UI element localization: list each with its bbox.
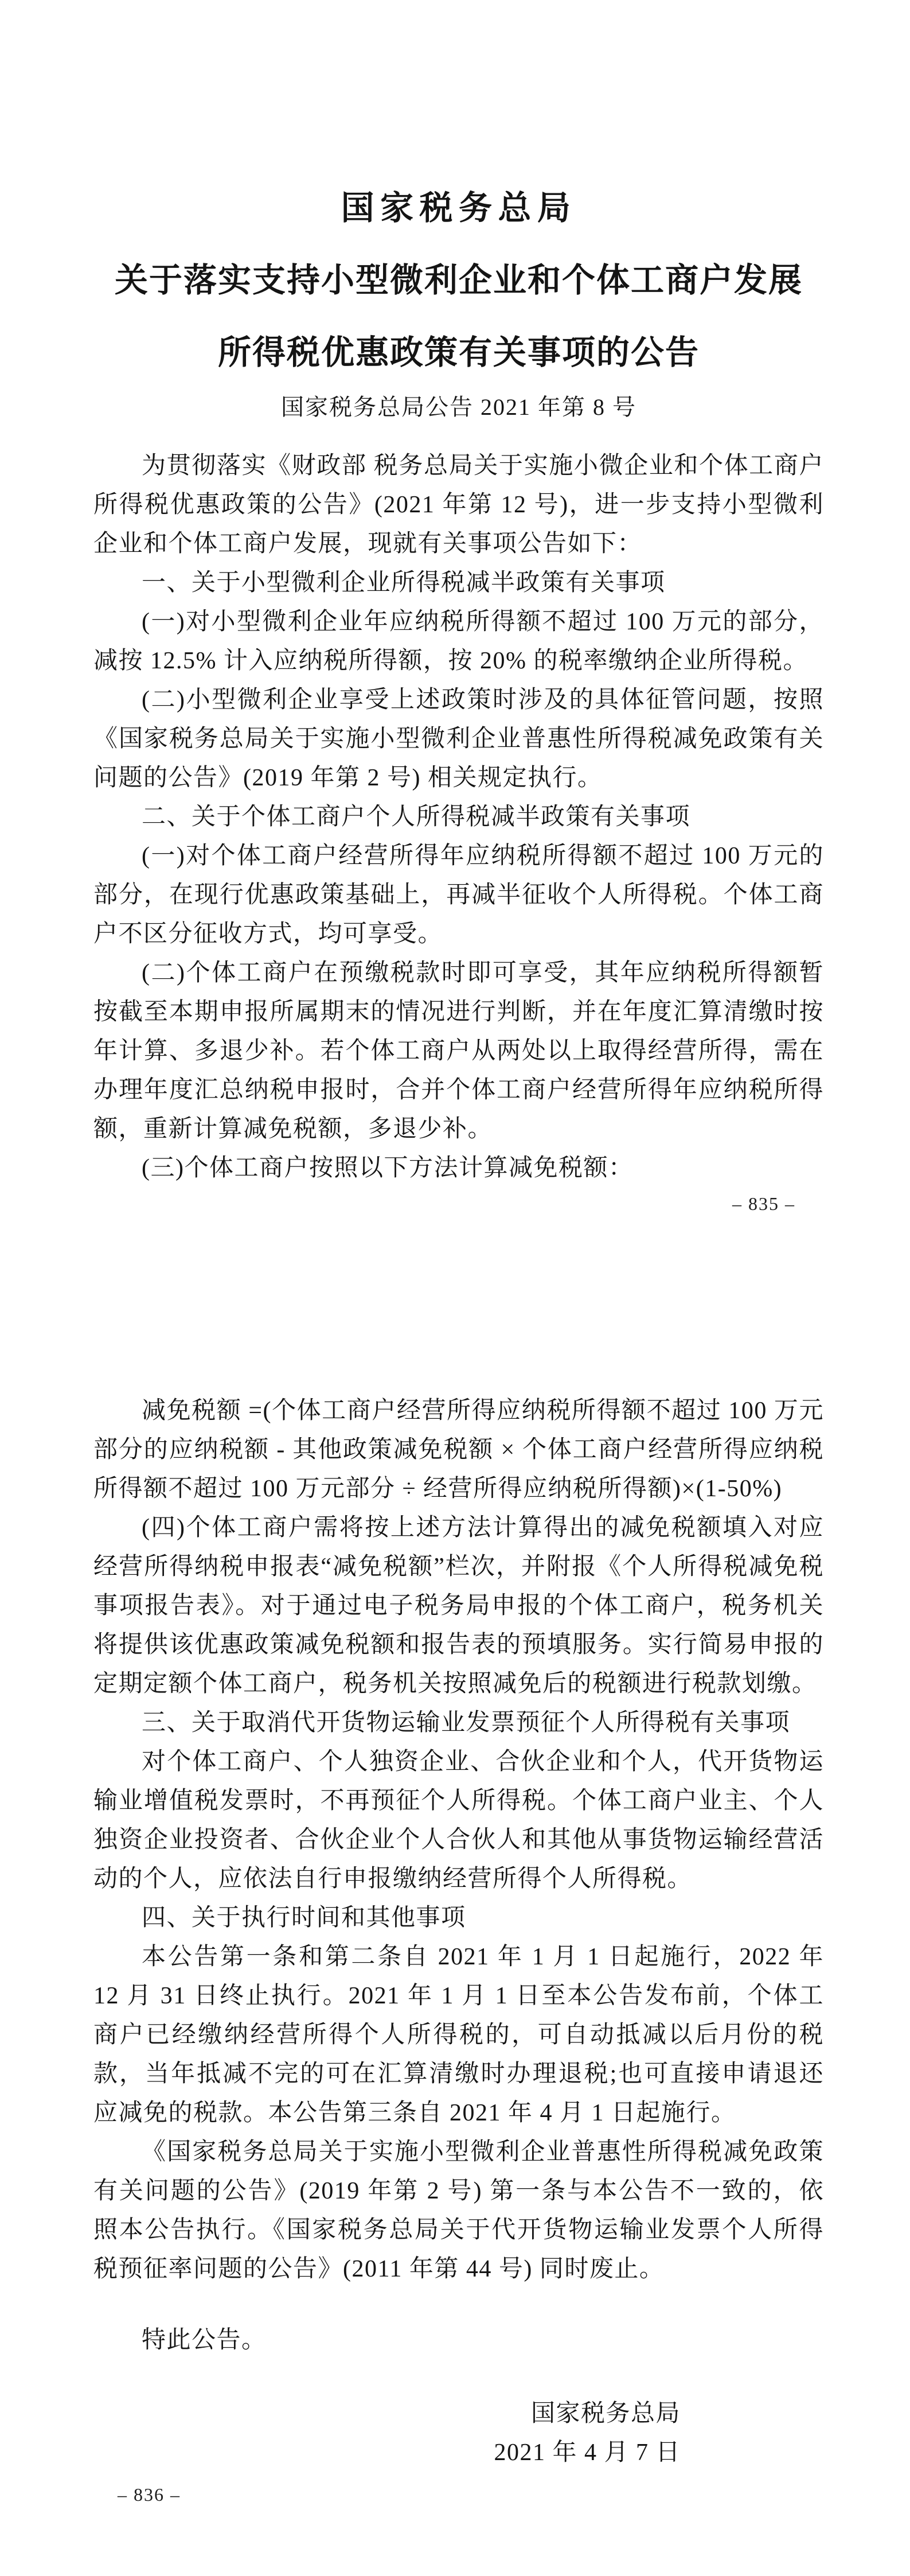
doc-title-line-1: 国家税务总局 (93, 172, 824, 244)
page-1-body: 为贯彻落实《财政部 税务总局关于实施小微企业和个体工商户所得税优惠政策的公告》(… (93, 446, 824, 1188)
page-number-835: – 835 – (732, 1193, 795, 1215)
paragraph: (四)个体工商户需将按上述方法计算得出的减免税额填入对应经营所得纳税申报表“减免… (93, 1508, 824, 1703)
paragraph: 减免税额 =(个体工商户经营所得应纳税所得额不超过 100 万元部分的应纳税额 … (93, 1391, 824, 1508)
page-2-body: 减免税额 =(个体工商户经营所得应纳税所得额不超过 100 万元部分的应纳税额 … (93, 1391, 824, 2360)
section-heading: 四、关于执行时间和其他事项 (93, 1898, 824, 1937)
paragraph: 特此公告。 (93, 2321, 824, 2360)
signature-block: 国家税务总局 2021 年 4 月 7 日 (93, 2394, 824, 2472)
section-heading: 三、关于取消代开货物运输业发票预征个人所得税有关事项 (93, 1703, 824, 1742)
official-document: 国家税务总局 关于落实支持小型微利企业和个体工商户发展 所得税优惠政策有关事项的… (0, 0, 910, 2576)
signature-date: 2021 年 4 月 7 日 (93, 2433, 681, 2472)
paragraph: (三)个体工商户按照以下方法计算减免税额： (93, 1149, 824, 1188)
page-number-836: – 836 – (118, 2484, 181, 2505)
section-heading: 一、关于小型微利企业所得税减半政策有关事项 (93, 563, 824, 602)
announcement-number: 国家税务总局公告 2021 年第 8 号 (93, 389, 824, 426)
paragraph: (一)对小型微利企业年应纳税所得额不超过 100 万元的部分，减按 12.5% … (93, 602, 824, 680)
page-2: 减免税额 =(个体工商户经营所得应纳税所得额不超过 100 万元部分的应纳税额 … (0, 1288, 910, 2576)
signature-agency: 国家税务总局 (93, 2394, 681, 2433)
doc-title-line-3: 所得税优惠政策有关事项的公告 (93, 317, 824, 389)
paragraph: 本公告第一条和第二条自 2021 年 1 月 1 日起施行，2022 年 12 … (93, 1937, 824, 2133)
paragraph: 为贯彻落实《财政部 税务总局关于实施小微企业和个体工商户所得税优惠政策的公告》(… (93, 446, 824, 563)
paragraph: 对个体工商户、个人独资企业、合伙企业和个人，代开货物运输业增值税发票时，不再预征… (93, 1742, 824, 1898)
paragraph: 《国家税务总局关于实施小型微利企业普惠性所得税减免政策有关问题的公告》(2019… (93, 2133, 824, 2289)
page-1: 国家税务总局 关于落实支持小型微利企业和个体工商户发展 所得税优惠政策有关事项的… (0, 0, 910, 1288)
section-heading: 二、关于个体工商户个人所得税减半政策有关事项 (93, 797, 824, 836)
paragraph: (二)小型微利企业享受上述政策时涉及的具体征管问题，按照《国家税务总局关于实施小… (93, 680, 824, 797)
doc-title-line-2: 关于落实支持小型微利企业和个体工商户发展 (93, 244, 824, 317)
paragraph: (二)个体工商户在预缴税款时即可享受，其年应纳税所得额暂按截至本期申报所属期末的… (93, 954, 824, 1149)
paragraph: (一)对个体工商户经营所得年应纳税所得额不超过 100 万元的部分，在现行优惠政… (93, 836, 824, 954)
